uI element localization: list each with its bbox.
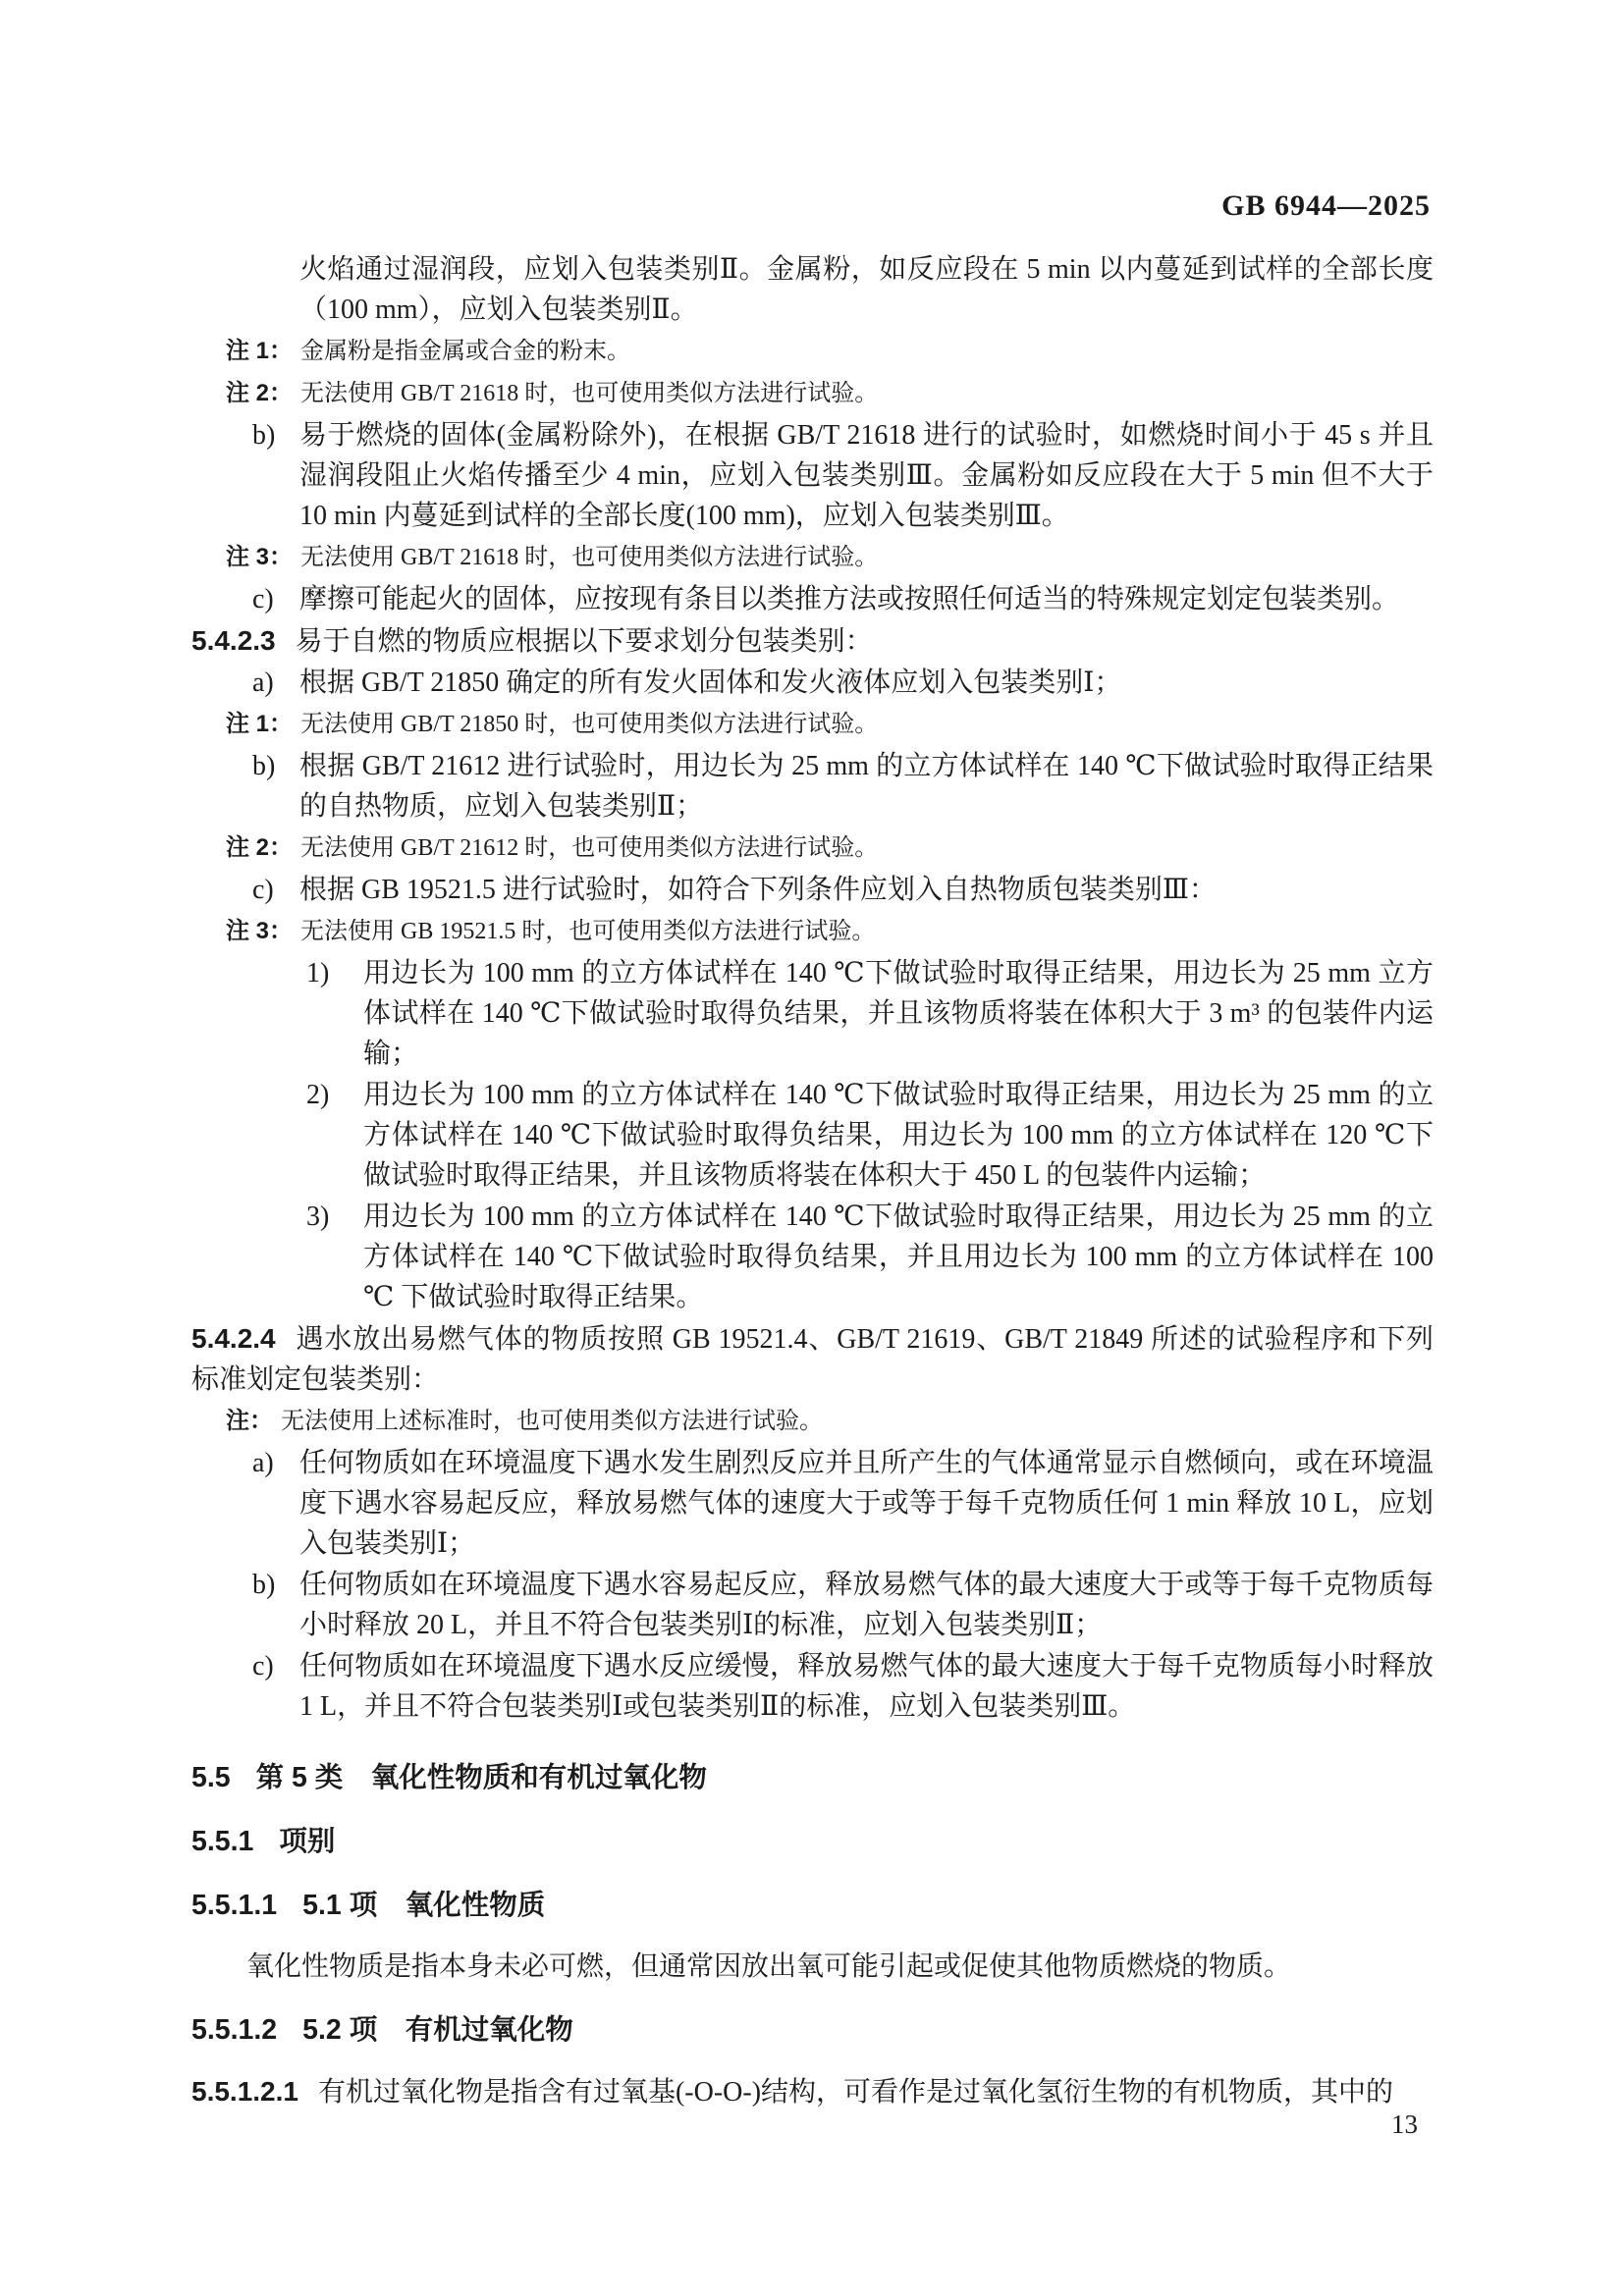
heading-number: 5.5.1.2	[191, 2014, 277, 2046]
note-label: 注 3：	[226, 544, 293, 570]
list-item-b: b)易于燃烧的固体(金属粉除外)，在根据 GB/T 21618 进行的试验时，如…	[191, 415, 1434, 536]
section-heading-5-5-1-2: 5.5.1.25.2 项 有机过氧化物	[191, 2010, 1434, 2051]
note: 注 3：无法使用 GB/T 21618 时，也可使用类似方法进行试验。	[191, 537, 1434, 578]
note: 注：无法使用上述标准时，也可使用类似方法进行试验。	[191, 1401, 1434, 1442]
list-item-label: a)	[252, 663, 274, 703]
sublist-item-1: 1)用边长为 100 mm 的立方体试样在 140 ℃下做试验时取得正结果，用边…	[191, 953, 1434, 1074]
clause-text: 有机过氧化物是指含有过氧基(-O-O-)结构，可看作是过氧化氢衍生物的有机物质，…	[318, 2077, 1393, 2108]
sublist-item-label: 1)	[306, 953, 329, 993]
note: 注 2：无法使用 GB/T 21612 时，也可使用类似方法进行试验。	[191, 828, 1434, 869]
list-item-b: b)根据 GB/T 21612 进行试验时，用边长为 25 mm 的立方体试样在…	[191, 746, 1434, 827]
heading-number: 5.5.1	[191, 1826, 253, 1857]
heading-title: 第 5 类 氧化性物质和有机过氧化物	[256, 1762, 707, 1793]
section-heading-5-5-1: 5.5.1项别	[191, 1822, 1434, 1862]
sublist-item-text: 用边长为 100 mm 的立方体试样在 140 ℃下做试验时取得正结果，用边长为…	[363, 1201, 1434, 1312]
note-text: 无法使用上述标准时，也可使用类似方法进行试验。	[281, 1409, 823, 1434]
clause-5-5-1-2-1: 5.5.1.2.1有机过氧化物是指含有过氧基(-O-O-)结构，可看作是过氧化氢…	[191, 2071, 1434, 2112]
list-item-label: c)	[252, 1646, 274, 1686]
note-label: 注 2：	[226, 834, 293, 861]
list-item-label: b)	[252, 1565, 275, 1605]
list-item-label: c)	[252, 579, 274, 619]
list-item-text: 摩擦可能起火的固体，应按现有条目以类推方法或按照任何适当的特殊规定划定包装类别。	[299, 584, 1399, 614]
definition-paragraph: 氧化性物质是指本身未必可燃，但通常因放出氧可能引起或促使其他物质燃烧的物质。	[191, 1947, 1434, 1987]
section-heading-5-5: 5.5第 5 类 氧化性物质和有机过氧化物	[191, 1758, 1434, 1798]
list-item-a: a)任何物质如在环境温度下遇水发生剧烈反应并且所产生的气体通常显示自燃倾向，或在…	[191, 1443, 1434, 1564]
note-label: 注：	[226, 1408, 273, 1434]
clause-number: 5.4.2.4	[191, 1323, 276, 1354]
heading-title: 项别	[279, 1826, 335, 1857]
list-item-c: c)摩擦可能起火的固体，应按现有条目以类推方法或按照任何适当的特殊规定划定包装类…	[191, 579, 1434, 619]
list-item-b: b)任何物质如在环境温度下遇水容易起反应，释放易燃气体的最大速度大于或等于每千克…	[191, 1565, 1434, 1645]
page-body: 火焰通过湿润段，应划入包装类别Ⅱ。金属粉，如反应段在 5 min 以内蔓延到试样…	[191, 249, 1434, 2113]
list-item-text: 任何物质如在环境温度下遇水发生剧烈反应并且所产生的气体通常显示自燃倾向，或在环境…	[299, 1448, 1434, 1559]
note-label: 注 1：	[226, 711, 293, 737]
list-item-text: 易于燃烧的固体(金属粉除外)，在根据 GB/T 21618 进行的试验时，如燃烧…	[299, 420, 1434, 531]
clause-number: 5.4.2.3	[191, 625, 276, 656]
note-label: 注 3：	[226, 918, 293, 944]
list-item-text: 根据 GB 19521.5 进行试验时，如符合下列条件应划入自热物质包装类别Ⅲ：	[299, 875, 1217, 905]
note-text: 无法使用 GB/T 21850 时，也可使用类似方法进行试验。	[300, 712, 878, 737]
list-item-a: a)根据 GB/T 21850 确定的所有发火固体和发火液体应划入包装类别Ⅰ；	[191, 663, 1434, 703]
list-item-label: c)	[252, 870, 274, 910]
standard-number-header: GB 6944—2025	[1221, 189, 1431, 223]
note-label: 注 1：	[226, 338, 293, 364]
section-heading-5-5-1-1: 5.5.1.15.1 项 氧化性物质	[191, 1886, 1434, 1926]
list-item-label: b)	[252, 415, 275, 455]
note: 注 1：无法使用 GB/T 21850 时，也可使用类似方法进行试验。	[191, 704, 1434, 745]
heading-number: 5.5	[191, 1762, 231, 1793]
heading-title: 5.1 项 氧化性物质	[302, 1890, 545, 1921]
note-text: 无法使用 GB/T 21618 时，也可使用类似方法进行试验。	[300, 545, 878, 570]
document-page: GB 6944—2025 火焰通过湿润段，应划入包装类别Ⅱ。金属粉，如反应段在 …	[0, 0, 1624, 2296]
note-text: 金属粉是指金属或合金的粉末。	[300, 339, 630, 364]
note-text: 无法使用 GB 19521.5 时，也可使用类似方法进行试验。	[300, 919, 875, 944]
page-number: 13	[1391, 2109, 1418, 2140]
list-item-text: 任何物质如在环境温度下遇水容易起反应，释放易燃气体的最大速度大于或等于每千克物质…	[299, 1570, 1434, 1640]
sublist-item-label: 3)	[306, 1197, 329, 1237]
clause-number: 5.5.1.2.1	[191, 2076, 298, 2107]
clause-text: 易于自燃的物质应根据以下要求划分包装类别：	[296, 626, 873, 657]
list-item-text: 根据 GB/T 21612 进行试验时，用边长为 25 mm 的立方体试样在 1…	[299, 751, 1434, 822]
sublist-item-text: 用边长为 100 mm 的立方体试样在 140 ℃下做试验时取得正结果，用边长为…	[363, 958, 1434, 1069]
list-item-text: 任何物质如在环境温度下遇水反应缓慢，释放易燃气体的最大速度大于每千克物质每小时释…	[299, 1651, 1434, 1722]
note-label: 注 2：	[226, 380, 293, 406]
clause-5-4-2-3: 5.4.2.3易于自燃的物质应根据以下要求划分包装类别：	[191, 620, 1434, 662]
continuation-paragraph: 火焰通过湿润段，应划入包装类别Ⅱ。金属粉，如反应段在 5 min 以内蔓延到试样…	[191, 249, 1434, 330]
list-item-c: c)根据 GB 19521.5 进行试验时，如符合下列条件应划入自热物质包装类别…	[191, 870, 1434, 910]
note-text: 无法使用 GB/T 21618 时，也可使用类似方法进行试验。	[300, 381, 878, 406]
clause-text: 遇水放出易燃气体的物质按照 GB 19521.4、GB/T 21619、GB/T…	[191, 1324, 1434, 1395]
note: 注 1：金属粉是指金属或合金的粉末。	[191, 331, 1434, 372]
note: 注 2：无法使用 GB/T 21618 时，也可使用类似方法进行试验。	[191, 373, 1434, 414]
sublist-item-3: 3)用边长为 100 mm 的立方体试样在 140 ℃下做试验时取得正结果，用边…	[191, 1197, 1434, 1317]
list-item-label: a)	[252, 1443, 274, 1483]
sublist-item-text: 用边长为 100 mm 的立方体试样在 140 ℃下做试验时取得正结果，用边长为…	[363, 1080, 1434, 1191]
list-item-text: 根据 GB/T 21850 确定的所有发火固体和发火液体应划入包装类别Ⅰ；	[299, 667, 1121, 698]
note: 注 3：无法使用 GB 19521.5 时，也可使用类似方法进行试验。	[191, 911, 1434, 952]
clause-5-4-2-4: 5.4.2.4遇水放出易燃气体的物质按照 GB 19521.4、GB/T 216…	[191, 1318, 1434, 1400]
sublist-item-label: 2)	[306, 1075, 329, 1115]
sublist-item-2: 2)用边长为 100 mm 的立方体试样在 140 ℃下做试验时取得正结果，用边…	[191, 1075, 1434, 1196]
heading-title: 5.2 项 有机过氧化物	[302, 2014, 573, 2046]
heading-number: 5.5.1.1	[191, 1890, 277, 1921]
note-text: 无法使用 GB/T 21612 时，也可使用类似方法进行试验。	[300, 835, 878, 861]
list-item-label: b)	[252, 746, 275, 786]
list-item-c: c)任何物质如在环境温度下遇水反应缓慢，释放易燃气体的最大速度大于每千克物质每小…	[191, 1646, 1434, 1727]
